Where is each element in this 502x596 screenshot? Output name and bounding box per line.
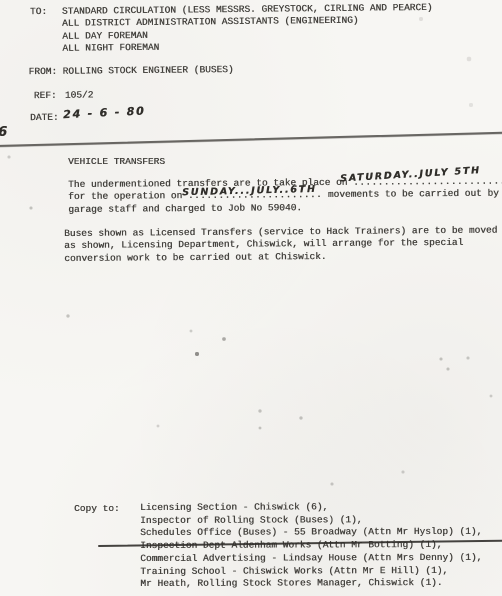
line-text: for the operation on	[68, 190, 188, 202]
copy-to-item: Inspector of Rolling Stock (Buses) (1),	[140, 514, 482, 528]
ref-value: 105/2	[65, 89, 94, 102]
line-text: movements to be carried out by	[322, 188, 499, 200]
from-label: FROM:	[28, 66, 57, 79]
copy-to-item: Licensing Section - Chiswick (6),	[140, 501, 482, 515]
copy-to-label: Copy to:	[74, 503, 120, 515]
body-line: conversion work to be carried out at Chi…	[64, 249, 502, 265]
memo-header: TO: STANDARD CIRCULATION (LESS MESSRS. G…	[0, 0, 502, 150]
margin-page-mark: 6	[0, 127, 9, 139]
handwritten-date: 24 - 6 - 80	[63, 105, 146, 121]
body-line: garage staff and charged to Job No 59040…	[68, 200, 502, 216]
memo-title: VEHICLE TRANSFERS	[68, 156, 165, 168]
copy-to-item: Schedules Office (Buses) - 55 Broadway (…	[140, 526, 482, 540]
copy-to-item: Mr Heath, Rolling Stock Stores Manager, …	[140, 577, 482, 591]
to-label: TO:	[30, 6, 47, 19]
ref-label: REF:	[34, 90, 57, 103]
paragraph-licensed-transfers: Buses shown as Licensed Transfers (servi…	[64, 225, 502, 266]
copy-to-item: Training School - Chiswick Works (Attn M…	[140, 564, 482, 578]
date-label: DATE:	[30, 112, 59, 125]
paragraph-transfer-dates: The undermentioned transfers are to take…	[68, 176, 502, 217]
from-value: ROLLING STOCK ENGINEER (BUSES)	[62, 64, 233, 78]
scanned-memo-page: TO: STANDARD CIRCULATION (LESS MESSRS. G…	[0, 0, 502, 596]
copy-to-item: Commercial Advertising - Lindsay House (…	[140, 552, 482, 566]
copy-to-list: Licensing Section - Chiswick (6), Inspec…	[140, 501, 482, 591]
to-recipients: STANDARD CIRCULATION (LESS MESSRS. GREYS…	[62, 2, 433, 55]
to-recipient-line: ALL NIGHT FOREMAN	[62, 39, 433, 55]
